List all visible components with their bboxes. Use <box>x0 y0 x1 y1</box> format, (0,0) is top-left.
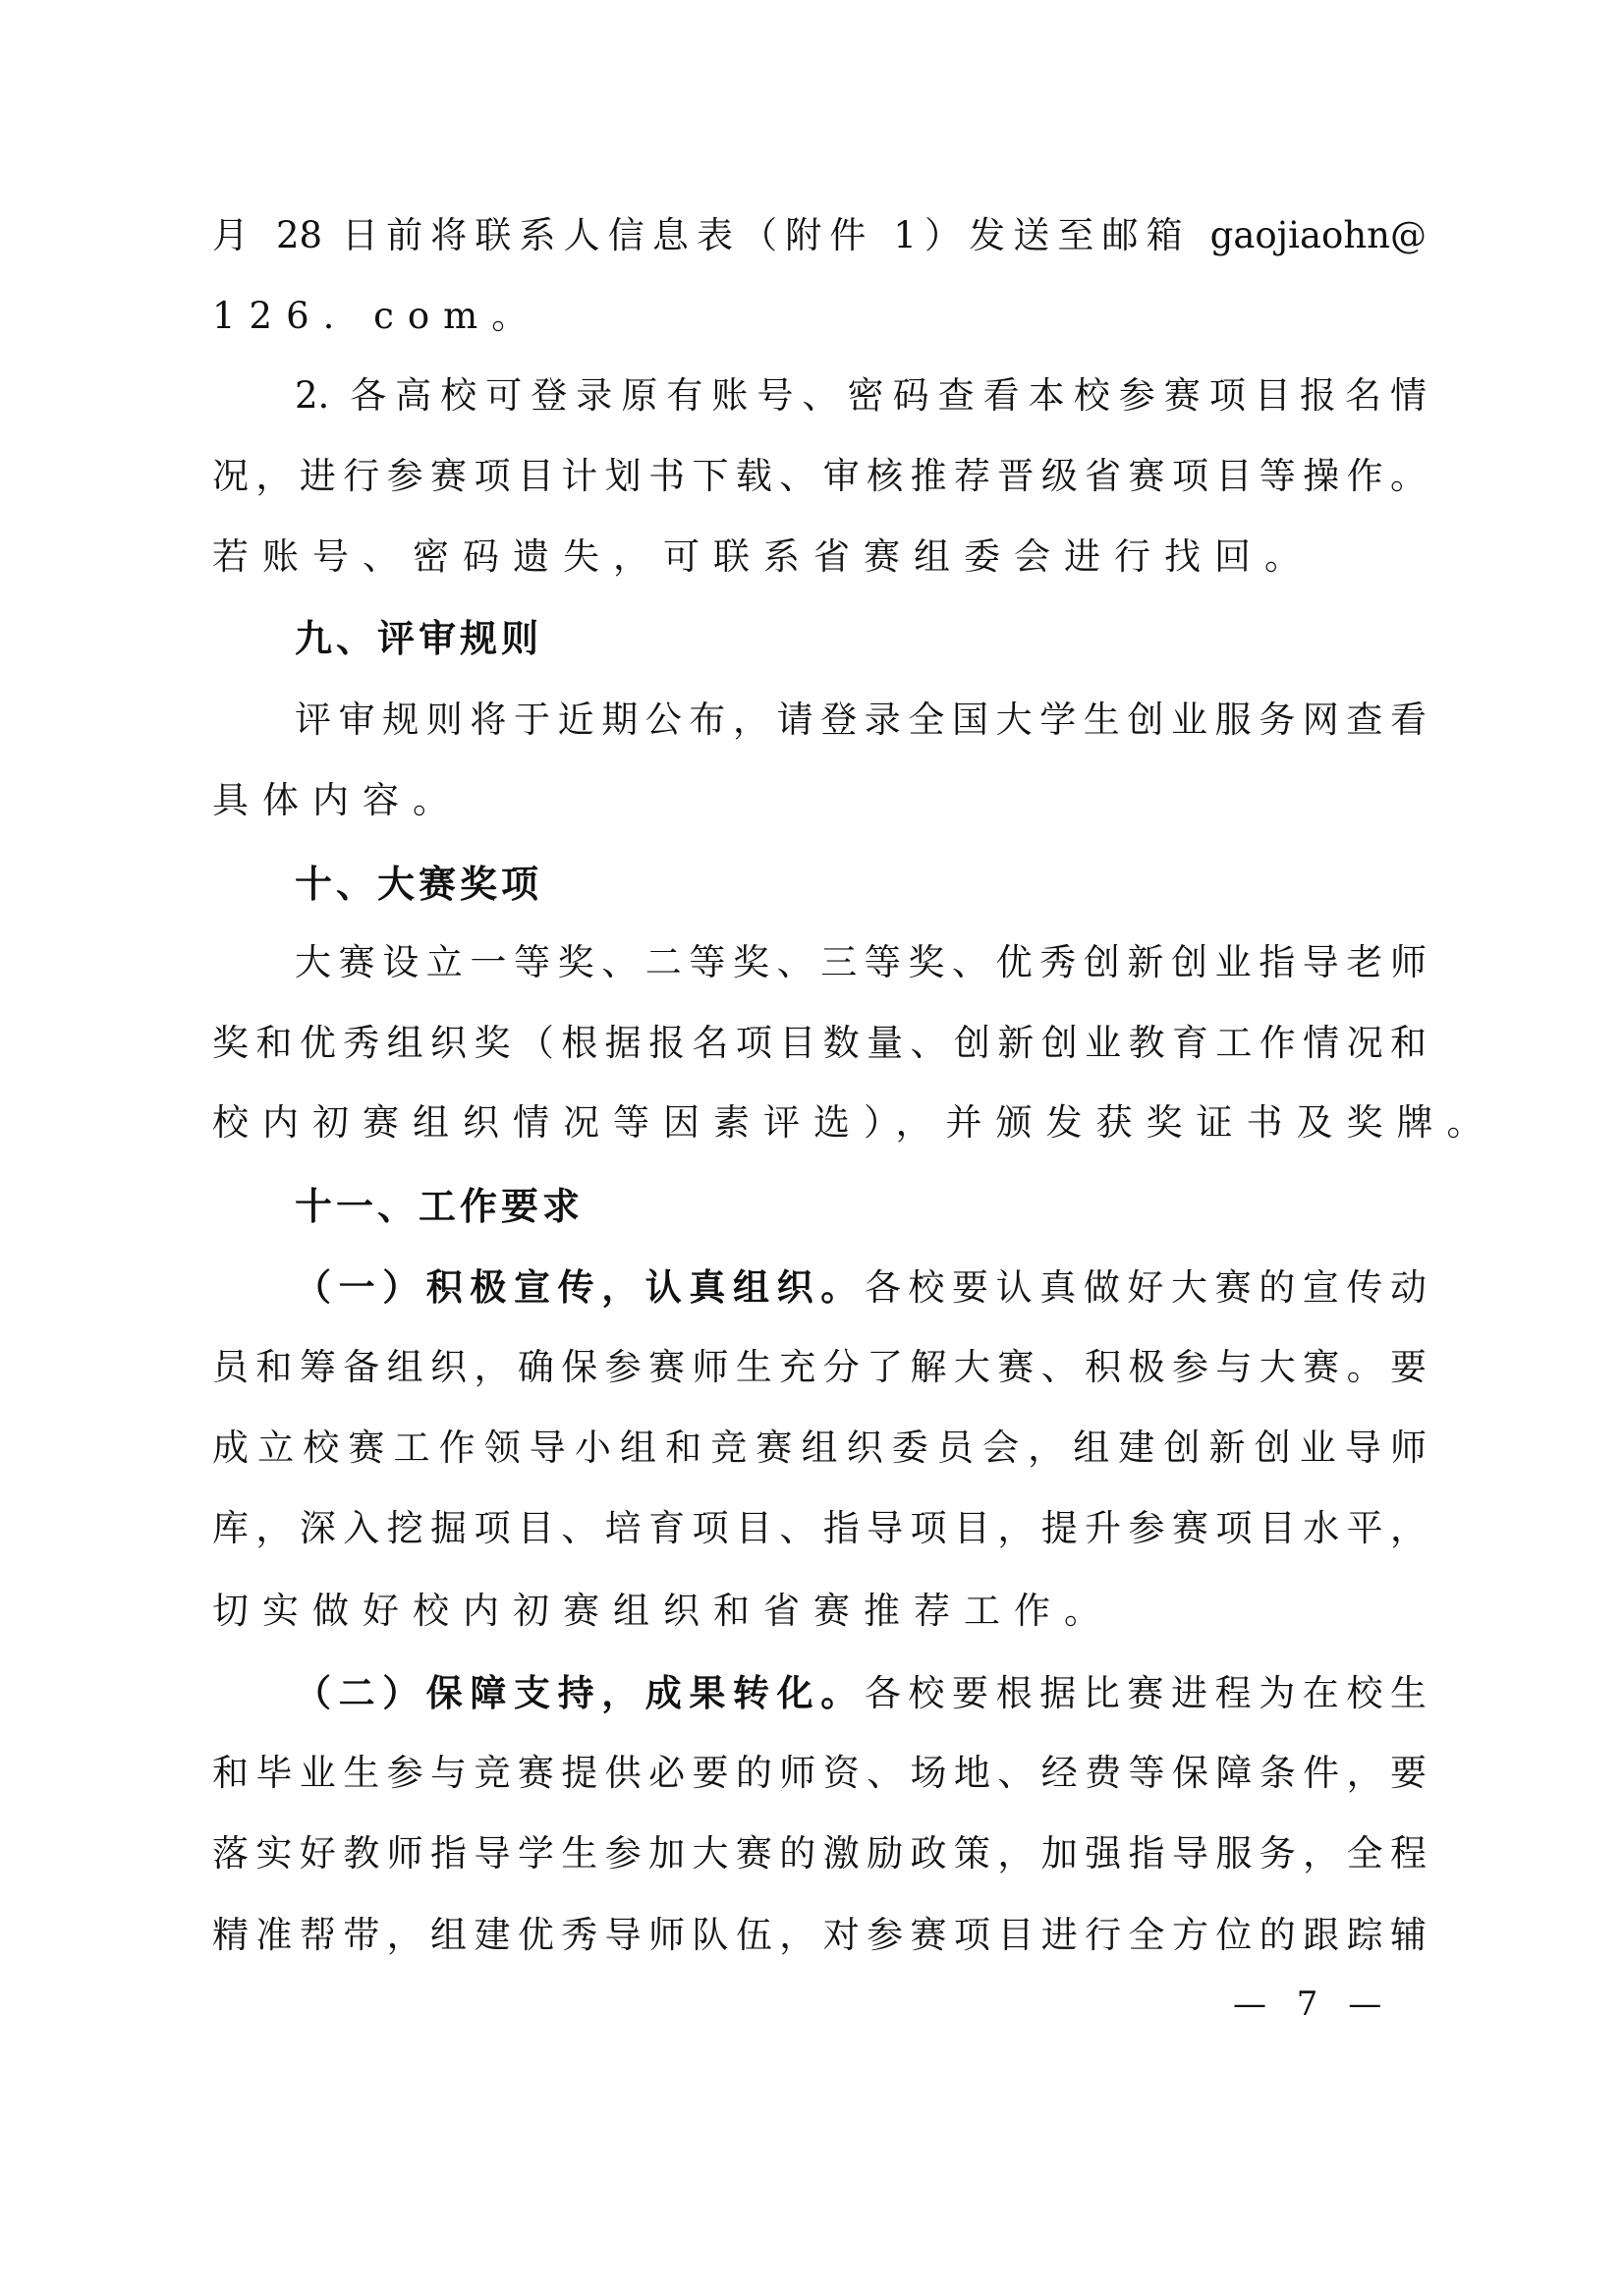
body-line: 和毕业生参与竞赛提供必要的师资、场地、经费等保障条件，要 <box>212 1744 1427 1803</box>
document-page: 月 28 日前将联系人信息表（附件 1）发送至邮箱 gaojiaohn@ 126… <box>0 0 1624 2295</box>
body-line: 成立校赛工作领导小组和竞赛组织委员会，组建创新创业导师 <box>212 1419 1427 1478</box>
body-line: 若账号、密码遗失，可联系省赛组委会进行找回。 <box>212 528 1427 587</box>
subsection-lead: （一）积极宣传，认真组织。 <box>295 1265 865 1309</box>
body-line: 月 28 日前将联系人信息表（附件 1）发送至邮箱 gaojiaohn@ <box>212 206 1427 265</box>
section-heading-work-requirements: 十一、工作要求 <box>295 1177 584 1236</box>
body-line: 况，进行参赛项目计划书下载、审核推荐晋级省赛项目等操作。 <box>212 447 1427 506</box>
section-heading-awards: 十、大赛奖项 <box>295 855 542 914</box>
body-line: 校内初赛组织情况等因素评选），并颁发获奖证书及奖牌。 <box>212 1093 1427 1152</box>
body-line: 2. 各高校可登录原有账号、密码查看本校参赛项目报名情 <box>295 366 1427 425</box>
body-line: 落实好教师指导学生参加大赛的激励政策，加强指导服务，全程 <box>212 1824 1427 1883</box>
body-line: 员和筹备组织，确保参赛师生充分了解大赛、积极参与大赛。要 <box>212 1338 1427 1397</box>
page-number: — 7 — <box>1233 1975 1391 2034</box>
body-line: （二）保障支持，成果转化。各校要根据比赛进程为在校生 <box>295 1663 1427 1722</box>
body-line: 切实做好校内初赛组织和省赛推荐工作。 <box>212 1582 1427 1641</box>
body-line: 库，深入挖掘项目、培育项目、指导项目，提升参赛项目水平， <box>212 1499 1427 1558</box>
subsection-lead: （二）保障支持，成果转化。 <box>295 1671 865 1714</box>
body-line: 精准帮带，组建优秀导师队伍，对参赛项目进行全方位的跟踪辅 <box>212 1906 1427 1965</box>
body-line: 126. com。 <box>212 287 1427 346</box>
body-line: 奖和优秀组织奖（根据报名项目数量、创新创业教育工作情况和 <box>212 1014 1427 1073</box>
section-heading-review-rules: 九、评审规则 <box>295 609 542 668</box>
body-line: 具体内容。 <box>212 771 1427 830</box>
body-line: （一）积极宣传，认真组织。各校要认真做好大赛的宣传动 <box>295 1258 1427 1316</box>
body-text: 各校要认真做好大赛的宣传动 <box>865 1266 1427 1309</box>
body-line: 评审规则将于近期公布，请登录全国大学生创业服务网查看 <box>295 691 1427 750</box>
body-line: 大赛设立一等奖、二等奖、三等奖、优秀创新创业指导老师 <box>295 933 1427 992</box>
body-text: 各校要根据比赛进程为在校生 <box>865 1672 1427 1714</box>
